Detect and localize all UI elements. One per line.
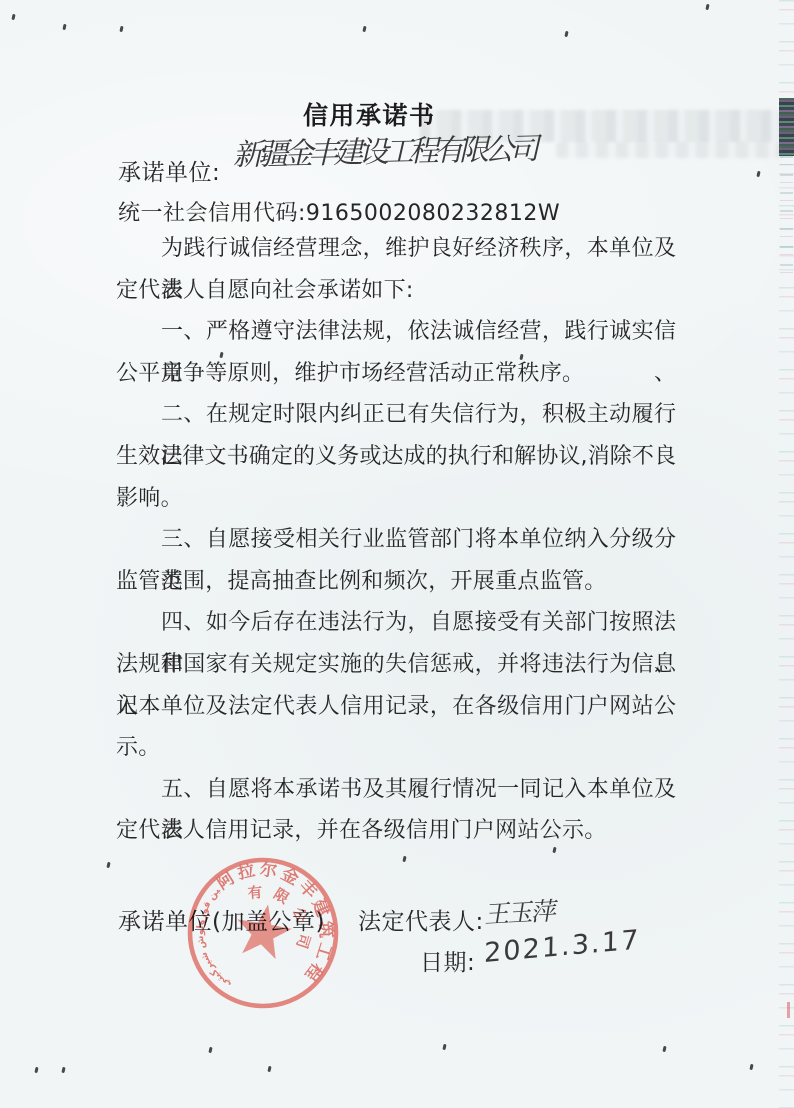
body-line: 监管范围，提高抽查比例和频次，开展重点监管。 xyxy=(116,561,676,603)
scan-speck xyxy=(62,24,66,30)
scan-speck xyxy=(749,1064,753,1070)
scan-speck xyxy=(34,1067,38,1073)
scan-speck xyxy=(756,171,760,177)
scan-speck xyxy=(106,862,110,868)
body-line: 定代表人信用记录，并在各级信用门户网站公示。 xyxy=(116,810,676,852)
body-line: 为践行诚信经营理念，维护良好经济秩序，本单位及法 xyxy=(116,228,676,270)
body-lines: 为践行诚信经营理念，维护良好经济秩序，本单位及法定代表人自愿向社会承诺如下:一、… xyxy=(116,228,676,852)
scan-speck xyxy=(705,4,709,10)
body-line: 法规和国家有关规定实施的失信惩戒，并将违法行为信息记 xyxy=(116,644,676,686)
scan-speck xyxy=(208,1047,212,1053)
scan-speck xyxy=(402,856,406,862)
scan-speck xyxy=(61,1067,65,1073)
scan-speck xyxy=(267,1066,271,1072)
credit-code-line: 统一社会信用代码:9165002080232812W xyxy=(118,196,560,227)
company-seal: 阿拉尔金丰建筑工程 有限公司 ارال جين فين قورولوش شيرك… xyxy=(182,852,344,1014)
body-line: 五、自愿将本承诺书及其履行情况一同记入本单位及法 xyxy=(116,769,676,811)
scan-speck xyxy=(662,1046,666,1052)
seal-outer-text-cn: 阿拉尔金丰建筑工程 xyxy=(213,859,337,988)
scan-speck xyxy=(564,31,568,37)
ink-ghosting-smudge xyxy=(556,142,782,158)
body-line: 生效法律文书确定的义务或达成的执行和解协议,消除不良 xyxy=(116,436,676,478)
scanner-red-mark xyxy=(787,1002,790,1018)
scan-speck xyxy=(11,14,15,20)
scanned-document-page: 信用承诺书 承诺单位: 新疆金丰建设工程有限公司 统一社会信用代码:916500… xyxy=(0,0,794,1108)
body-line: 三、自愿接受相关行业监管部门将本单位纳入分级分类 xyxy=(116,519,676,561)
body-line: 定代表人自愿向社会承诺如下: xyxy=(116,270,676,312)
scan-speck xyxy=(362,26,366,32)
body-line: 示。 xyxy=(116,727,676,769)
unit-label: 承诺单位: xyxy=(118,154,220,187)
scan-speck xyxy=(119,26,123,32)
legal-rep-signature-handwritten: 王玉萍 xyxy=(483,891,558,931)
body-line: 影响。 xyxy=(116,478,676,520)
date-label: 日期: xyxy=(420,944,475,977)
legal-rep-label: 法定代表人: xyxy=(358,903,484,936)
body-line: 一、严格遵守法律法规，依法诚信经营，践行诚实信用、 xyxy=(116,311,676,353)
scanner-noise-band-light xyxy=(780,156,793,276)
body-line: 四、如今后存在违法行为，自愿接受有关部门按照法律、 xyxy=(116,602,676,644)
date-value-handwritten: 2021.3.17 xyxy=(484,925,641,969)
unit-name-handwritten: 新疆金丰建设工程有限公司 xyxy=(231,124,543,174)
body-line: 入本单位及法定代表人信用记录，在各级信用门户网站公 xyxy=(116,686,676,728)
scan-speck xyxy=(442,1044,446,1050)
body-line: 二、在规定时限内纠正已有失信行为，积极主动履行已 xyxy=(116,394,676,436)
